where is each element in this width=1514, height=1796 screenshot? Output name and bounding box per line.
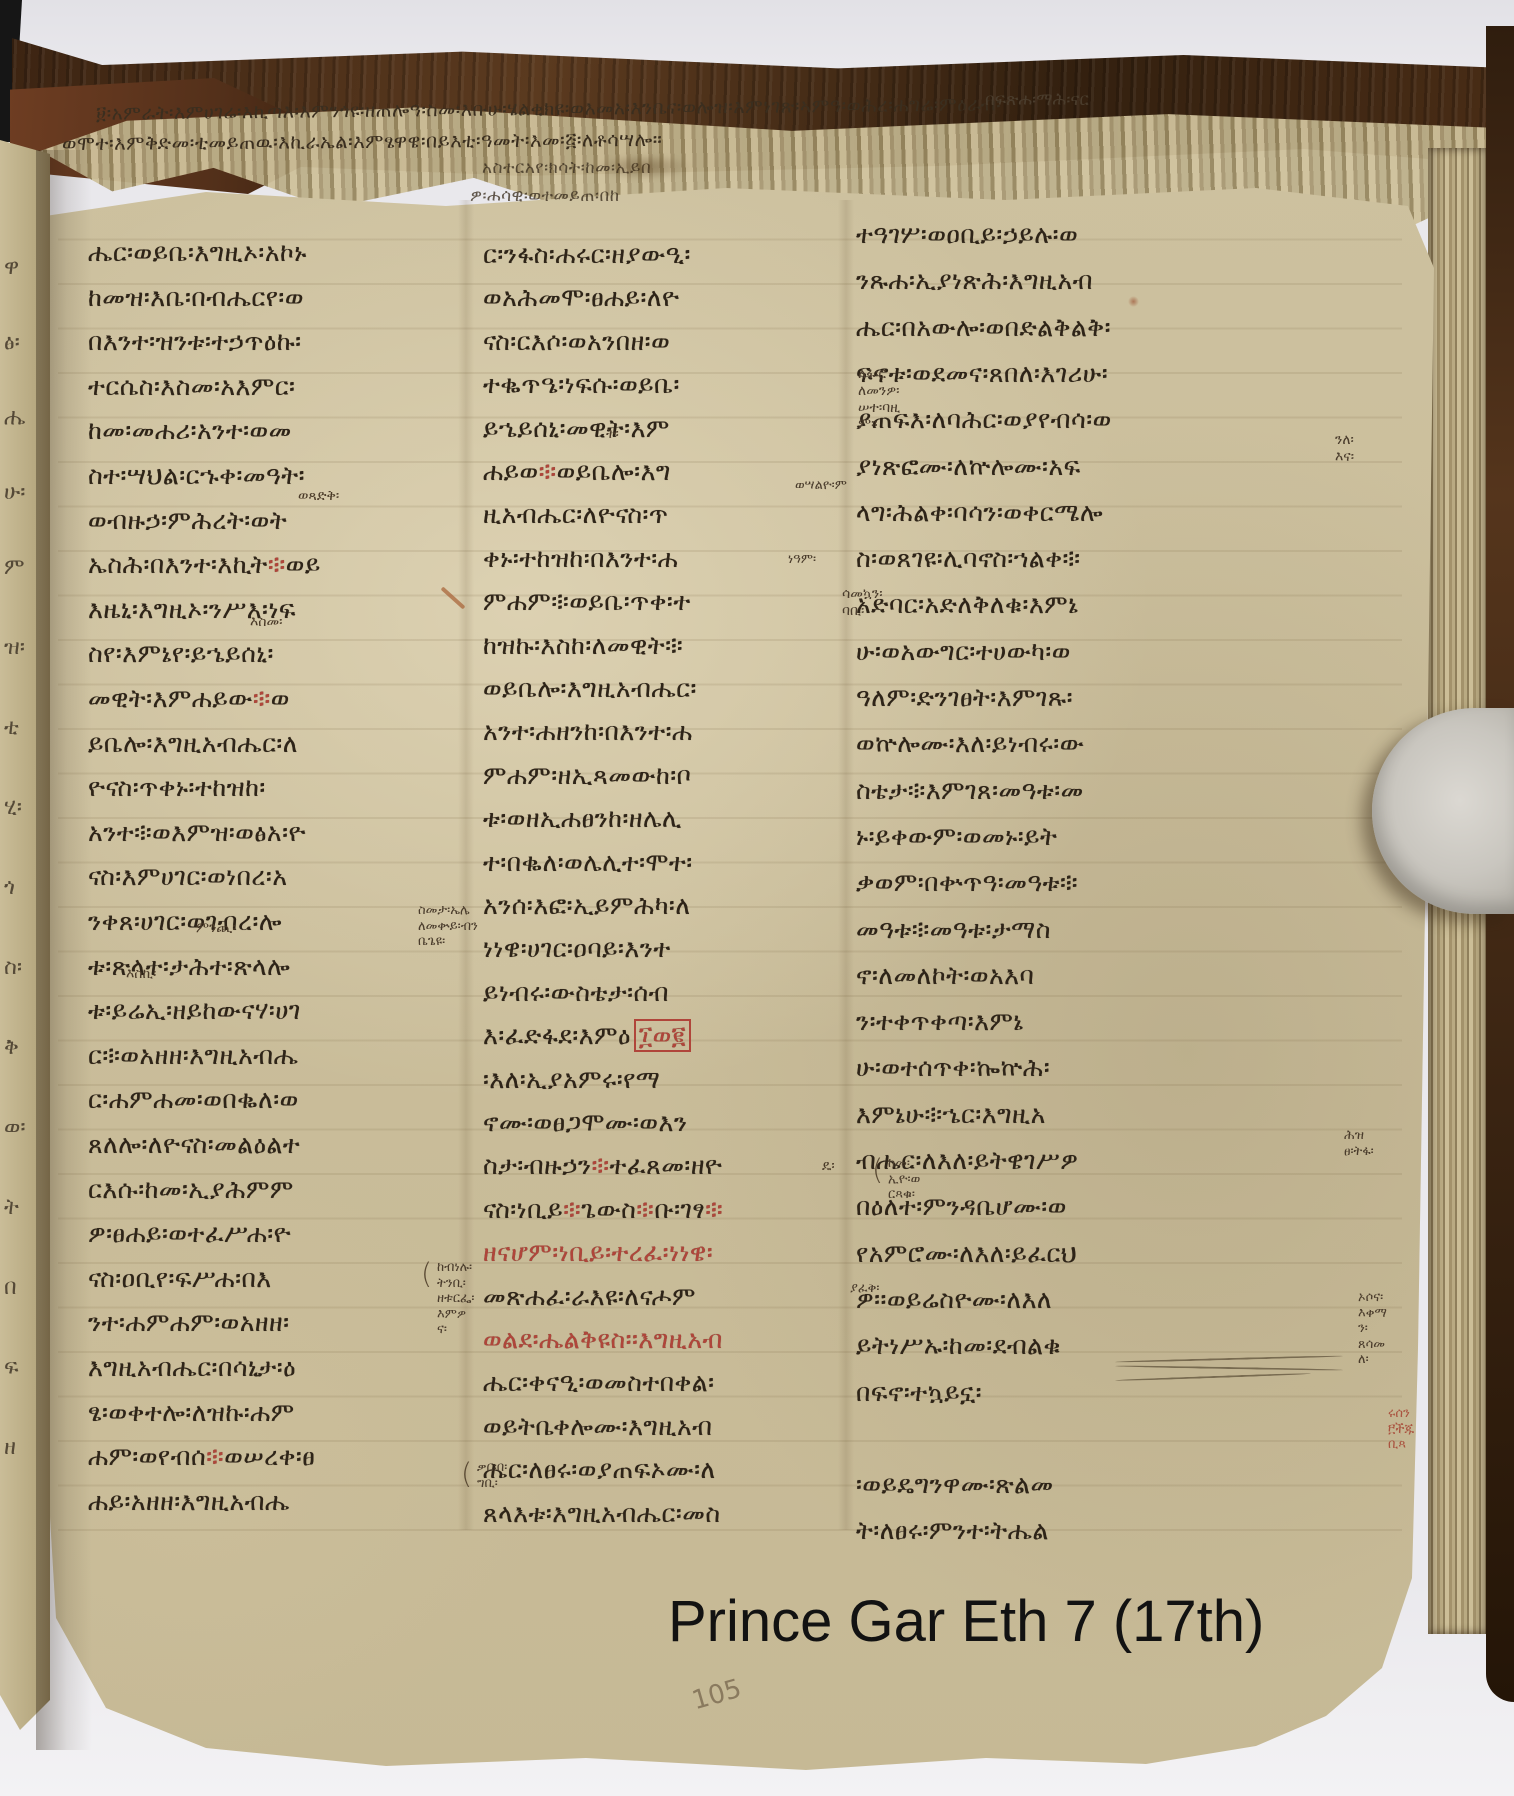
text-segment: ቡ፡ገፃ [654,1195,705,1224]
text-line: ንጹሐ፡ኢያነጽሕ፡እግዚአብ [856,266,1093,296]
text-line: ን፡ተቀጥቀጣ፡እምኔ [856,1007,1024,1037]
text-line: እግዚአብሔር፡በሳኒታ፡ዕ [88,1353,296,1383]
text-segment: ስታ፡ብዙኃን [483,1151,591,1180]
text-line: ሐይወ፨ወይቤሎ፡እግ [483,457,671,487]
text-line: እ፡ፈድፋደ፡እምዕ፲ወ፪ [483,1021,694,1051]
text-line: ዎ፡ፀሐይ፡ወተፈሥሐ፡ዮ [88,1219,291,1249]
text-segment: ወይ [286,550,321,579]
text-line: ወአሕመሞ፡ፀሐይ፡ለዮ [483,283,679,313]
text-line: ዎ፡፡ወይሬስዮሙ፡ለእለ [856,1285,1052,1315]
text-line: መዊት፡እምሐይው፨ወ [88,684,290,714]
text-line: ይነብሩ፡ውስቴታ፡ሰብ [483,978,669,1008]
text-line: ስተ፡ሣህል፡ርኁቀ፡መዓት፡ [88,461,305,491]
text-line: ወኵሎሙ፡እለ፡ይነብሩ፡ው [856,729,1084,759]
interlinear-gloss: እስኪ፡ [126,966,156,982]
interlinear-gloss: ዴ፡ [822,1158,835,1174]
text-line: ጸለሎ፡ለዮናስ፡መልዕልተ [88,1130,300,1160]
text-line: ኖሙ፡ወፀጋሞሙ፡ወእን [483,1108,687,1138]
margin-note: ለፋ፡ር ለመንዎ፡ ሠተ፡ባዚ ም፡፡ [858,366,900,433]
text-line: አንተ፨ወእምዝ፡ወፅአ፡ዮ [88,818,306,848]
rubric-mark: ፨ [539,457,557,486]
text-line: ናስ፡ርእሶ፡ወአንበዘ፡ወ [483,327,670,357]
text-line: አድባር፡አድለቅለቁ፡እምኔ [856,590,1079,620]
ink-stain [596,154,692,180]
text-line: ሁ፡ወተሰጥቀ፡ኰኵሕ፡ [856,1053,1050,1083]
margin-note: ኦሶና፡ እቀማ ን፡ ጸሳመ ለ፡ [1358,1290,1387,1368]
text-line: ር፡ሐምሐመ፡ወበቈለ፡ወ [88,1085,299,1115]
text-line: የአምሮሙ፡ለእለ፡ይፈርህ [856,1239,1077,1269]
margin-note: ከመ፡ ኢዮ፡ወ ርጻቁ፡( [888,1156,920,1203]
rubric-mark: ፨ [705,1195,723,1224]
text-line: ነነዌ፡ሀገር፡ዐባይ፡እንተ [483,934,671,964]
text-line: ናስ፡ነቢይ፨ጌውስ፨ቡ፡ገፃ፨ [483,1195,723,1225]
text-line: ከመ፡መሐሪ፡አንተ፡ወመ [88,416,292,446]
text-segment: ወይቤሎ፡እግ [557,457,671,486]
text-line: ምሐም፨ወይቤ፡ጥቀ፡ተ [483,587,691,617]
text-line: ከዝኩ፡እስከ፡ለመዊት፨ [483,631,683,661]
text-segment: እ፡ፈድፋደ፡እምዕ [483,1021,631,1050]
interlinear-gloss: ምንጪ፡ [196,920,236,936]
text-line: እምኔሁ፨ኄር፡እግዚአ [856,1100,1046,1130]
margin-paren: ( [461,1456,472,1490]
rubric-mark: ፨ [636,1195,654,1224]
text-line: ቱ፡ጽላተ፡ታሕተ፡ጽላሎ [88,952,290,982]
text-line: ፄ፡ወቀተሎ፡ለዝኩ፡ሐም [88,1398,295,1428]
text-segment: ወሠረቀ፡ፀ [224,1442,315,1471]
text-line: ኑ፡ይቀውም፡ወመኑ፡ይት [856,822,1057,852]
text-line: ያነጽፎሙ፡ለኵሎሙ፡አፍ [856,452,1081,482]
text-line: ላግ፡ሕልቀ፡ባሳን፡ወቀርሜሎ [856,498,1103,528]
manuscript-photo-stage: ዋፅ፡ሔሁ፡ምዝ፡ቲሂ፡ጎስ፡ቅወ፡ትበፍዘ ፱፡አምራት፡እምሀገሬ፡እኪጣእ… [0,0,1514,1796]
text-line: ሔር፡ለፀሩ፡ወያጠፍኦሙ፡ለ [483,1455,716,1485]
margin-note: ወሣልዮ፡ም [795,478,847,494]
rubric-mark: ፨ [253,684,271,713]
margin-note: ነዓም፡ [788,552,816,568]
text-line: ተርሴስ፡እስመ፡አእምር፡ [88,372,295,402]
rubric-mark: ፨ [591,1151,609,1180]
text-line: ዚአብሔር፡ለዮናስ፡ጥ [483,500,668,530]
text-line: ናስ፡ዐቢየ፡ፍሥሐ፡በእ [88,1264,272,1294]
text-line: መዓቱ፨መዓቱ፡ታማስ [856,915,1051,945]
margin-note: ሳመኳን፡ ባቢ፡ [842,586,883,620]
text-line: ፡እለ፡ኢያአምሩ፡የማ [483,1065,660,1095]
interlinear-gloss: እስመ፡ [250,614,282,630]
margin-note: ከብነሉ፡ ትንቢ፡ ዘቱርፌ፡ እምዎ ና፡( [437,1260,474,1338]
text-line: ናስ፡እምሀገር፡ወነበረ፡አ [88,862,287,892]
rubric-mark: ፨ [206,1442,224,1471]
text-segment: ተፈጸመ፡ዘዮ [610,1151,723,1180]
text-line: ዓለም፡ድንገፀት፡እምገጹ፡ [856,683,1073,713]
text-layer: ሔር፡ወይቤ፡እግዚኦ፡አኮኑከመዝ፡እቤ፡በብሔርየ፡ወበእንተ፡ዝንቱ፡ተኃ… [0,0,1514,1796]
margin-paren: ( [872,1152,883,1186]
text-line: ር፨ወአዘዘ፡እግዚአብሔ [88,1041,298,1071]
text-line: ንተ፡ሐምሐም፡ወአዘዘ፡ [88,1308,289,1338]
text-line: ር፡ንፋስ፡ሐሩር፡ዘያውዒ፡ [483,240,691,270]
text-line: ምሐም፡ዘኢጻመውከ፡ቦ [483,761,691,791]
text-line: አንሰ፡እፎ፡ኢይምሕካ፡ለ [483,891,690,921]
text-line: ሔር፡ቀናዒ፡ወመስተበቀል፡ [483,1368,715,1398]
text-line: ሐይ፡አዘዘ፡እግዚአብሔ [88,1487,290,1517]
margin-note: ንለ፡ እና፡ [1335,432,1354,466]
text-line: በፍኖ፡ተኳይኗ፡ [856,1378,982,1408]
text-segment: ሐይወ [483,457,539,486]
text-line: ዘናሆም፡ነቢይ፡ተረፈ፡ነነዌ፡ [483,1238,713,1268]
margin-paren: ( [421,1256,432,1290]
caption-label: Prince Gar Eth 7 (17th) [668,1588,1264,1655]
text-line: ሔር፡ወይቤ፡እግዚኦ፡አኮኑ [88,238,307,268]
text-line: ወብዙኃ፡ምሕረት፡ወት [88,506,287,536]
text-line: ፡ወይዴግንዋሙ፡ጽልመ [856,1470,1054,1500]
text-line: ሐም፡ወየብሰ፨ወሠረቀ፡ፀ [88,1442,315,1472]
rubric-mark: ፨ [268,550,286,579]
interlinear-gloss: ት፡ [606,426,619,442]
text-line: ከመዝ፡እቤ፡በብሔርየ፡ወ [88,283,304,313]
text-line: ት፡ለፀሩ፡ምንተ፡ትሔል [856,1516,1049,1546]
text-line: ቃወም፡በቍጥዓ፡መዓቱ፨ [856,868,1078,898]
text-line: ዮናስ፡ጥቀኑ፡ተከዝከ፡ [88,773,266,803]
text-line: ወይቤሎ፡እግዚአብሔር፡ [483,674,697,704]
text-segment: መዊት፡እምሐይው [88,684,253,713]
text-line: ስየ፡እምኔየ፡ይኄይሰኒ፡ [88,639,274,669]
text-line: ወልደ፡ሔልቅዩስ፡፡እግዚአብ [483,1325,723,1355]
margin-note: ሩሰን ፫ችጁ ቢጻ [1388,1406,1414,1453]
text-line: ሔር፡በአውሎ፡ወበድልቅልቅ፡ [856,313,1111,343]
text-line: ሁ፡ወአውግር፡ተሀውካ፡ወ [856,637,1071,667]
text-line: ጸላእቱ፡እግዚአብሔር፡መስ [483,1499,721,1529]
text-line: መጽሐፈ፡ራእዩ፡ለናሖም [483,1282,696,1312]
text-line: ይቤሎ፡እግዚአብሔር፡ለ [88,729,298,759]
text-line: ተ፡በቈለ፡ወሌሊተ፡ሞተ፡ [483,848,693,878]
text-line: ቀኑ፡ተከዝከ፡በእንተ፡ሐ [483,544,678,574]
text-line: ተቈጥዔ፡ነፍሱ፡ወይቤ፡ [483,370,680,400]
text-line: ስ፡ወጸገዩ፡ሊባኖስ፡ኀልቀ፨ [856,544,1081,574]
text-line: ኤስሕ፡በእንተ፡እኪት፨ወይ [88,550,321,580]
text-line: ወይትቤቀሎሙ፡እግዚአብ [483,1412,712,1442]
text-segment: ጌውስ [581,1195,636,1224]
rubric-mark: ፲ወ፪ [634,1019,691,1052]
interlinear-gloss: ወጻድቅ፡ [298,488,339,504]
rust-spot [1128,296,1139,307]
text-segment: ናስ፡ነቢይ [483,1195,563,1224]
text-line: ስቴታ፨እምገጸ፡መዓቱ፡መ [856,776,1084,806]
text-line: ኖ፡ለመለኮት፡ወአእባ [856,961,1034,991]
text-segment: ወ [271,684,290,713]
text-line: በእንተ፡ዝንቱ፡ተኃጥዕኩ፡ [88,327,302,357]
rubric-mark: ፨ [563,1195,581,1224]
text-line: ቱ፡ወዘኢሐፀንከ፡ዘሌሊ [483,804,682,834]
text-segment: ሐም፡ወየብሰ [88,1442,206,1471]
text-line: ተዓገሦ፡ወዐቢይ፡ኃይሉ፡ወ [856,220,1078,250]
margin-note: ያፈቅ፡ [850,1281,879,1297]
text-line: ቱ፡ይሬኢ፡ዘይከውናሃ፡ሀገ [88,996,301,1026]
margin-note: በፍጽሐ፡ማሕ፡ናር [985,90,1089,110]
margin-note: ቃር፡በ፡ ግቢ፡( [477,1460,507,1491]
text-line: ይኄይሰኒ፡መዊት፡እም [483,414,670,444]
text-line: ርእሱ፡ከመ፡ኢያሕምም [88,1175,294,1205]
text-segment: ኤስሕ፡በእንተ፡እኪት [88,550,268,579]
erased-text-scribble [1115,1350,1343,1386]
text-line: ስታ፡ብዙኃን፨ተፈጸመ፡ዘዮ [483,1151,722,1181]
text-line: ንቀጸ፡ሀገር፡ወገብረ፡ሎ [88,907,282,937]
text-line: ይትነሥኡ፡ከመ፡ደብልቁ [856,1331,1061,1361]
margin-note: ሕዝ ፀ፡ትፋ፡ [1344,1128,1374,1159]
text-line: አንተ፡ሐዘንከ፡በእንተ፡ሐ [483,717,693,747]
margin-note: ስመታ፡ኤሌ ለመቍይ፡ብን ቤጌዩ፡ [418,903,478,950]
